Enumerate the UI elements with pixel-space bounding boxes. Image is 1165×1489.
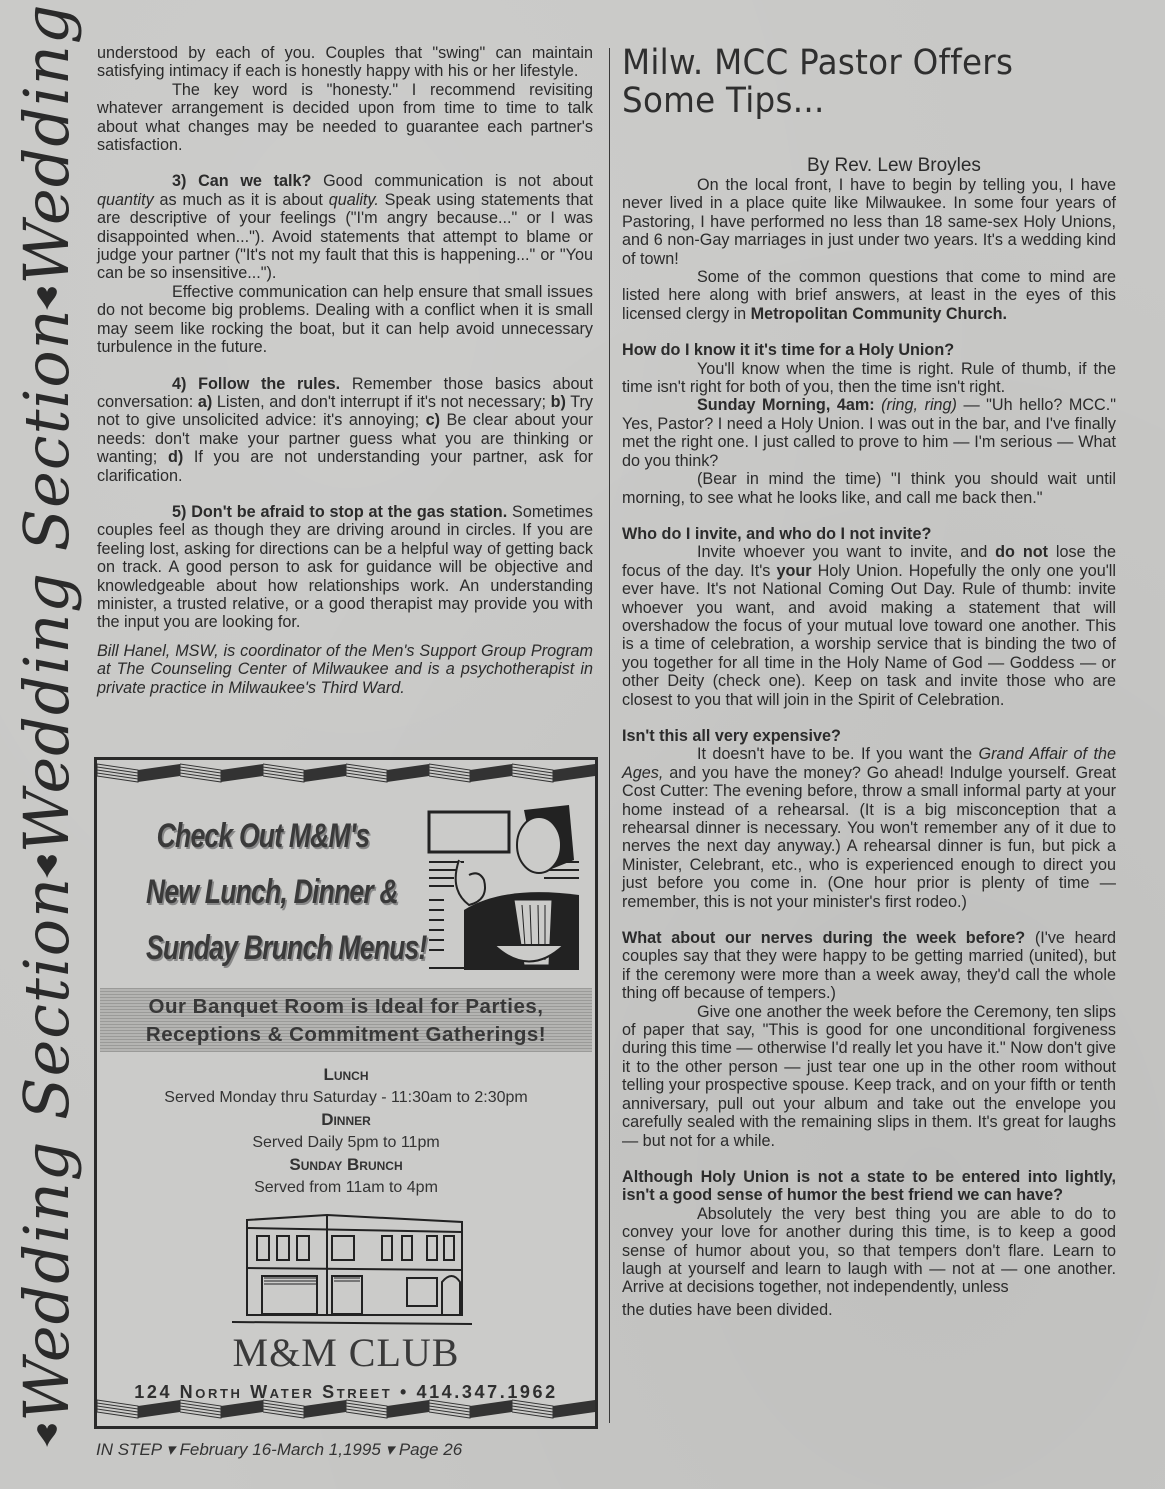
heart-icon: ♥ <box>35 845 59 885</box>
wedding-section-sidebar: ♥ Wedding Section ♥ Wedding Section ♥ We… <box>4 100 90 1445</box>
publication-name: IN STEP <box>96 1440 162 1459</box>
sidebar-label: Wedding Section <box>16 0 78 284</box>
zigzag-border-bottom <box>97 1398 595 1424</box>
sidebar-label: Wedding Section <box>16 308 78 853</box>
section-heading: 3) Can we talk? <box>172 172 311 190</box>
question-heading: What about our nerves during the week be… <box>622 929 1025 947</box>
question-heading: How do I know it it's time for a Holy Un… <box>622 341 1116 359</box>
byline: By Rev. Lew Broyles <box>622 156 1116 176</box>
paragraph: You'll know when the time is right. Rule… <box>622 360 1116 397</box>
paragraph: Invite whoever you want to invite, and d… <box>622 543 1116 709</box>
hours-text: Served from 11am to 4pm <box>97 1177 595 1200</box>
club-name: M&M CLUB <box>97 1333 595 1373</box>
question-heading: Isn't this all very expensive? <box>622 727 1116 745</box>
banquet-room-banner: Our Banquet Room is Ideal for Parties, R… <box>100 988 592 1052</box>
section-3: 3) Can we talk? Good communication is no… <box>97 172 593 282</box>
hours-label: Dinner <box>97 1109 595 1132</box>
paragraph: the duties have been divided. <box>622 1301 1116 1319</box>
triangle-icon: ▾ <box>386 1440 395 1459</box>
newspaper-page: ♥ Wedding Section ♥ Wedding Section ♥ We… <box>0 0 1165 1489</box>
paragraph: (Bear in mind the time) "I think you sho… <box>622 470 1116 507</box>
left-article: understood by each of you. Couples that … <box>97 44 593 697</box>
heart-icon: ♥ <box>35 276 59 316</box>
paragraph: It doesn't have to be. If you want the G… <box>622 745 1116 911</box>
hours-label: Lunch <box>97 1064 595 1087</box>
section-4: 4) Follow the rules. Remember those basi… <box>97 375 593 485</box>
paragraph: What about our nerves during the week be… <box>622 929 1116 1003</box>
article-title: Milw. MCC Pastor Offers Some Tips... <box>622 44 1081 120</box>
hours-text: Served Monday thru Saturday - 11:30am to… <box>97 1087 595 1110</box>
paragraph: The key word is "honesty." I recommend r… <box>97 81 593 155</box>
ad-headline: Check Out M&M's New Lunch, Dinner & Sund… <box>113 808 413 976</box>
paragraph: Some of the common questions that come t… <box>622 268 1116 323</box>
triangle-icon: ▾ <box>166 1440 175 1459</box>
building-illustration-icon <box>232 1210 472 1330</box>
hours-label: Sunday Brunch <box>97 1154 595 1177</box>
menu-hours: Lunch Served Monday thru Saturday - 11:3… <box>97 1064 595 1199</box>
paragraph: Give one another the week before the Cer… <box>622 1003 1116 1150</box>
hours-text: Served Daily 5pm to 11pm <box>97 1132 595 1155</box>
waiter-illustration-icon <box>424 800 584 975</box>
zigzag-border-top <box>97 762 595 788</box>
section-5: 5) Don't be afraid to stop at the gas st… <box>97 503 593 632</box>
paragraph: understood by each of you. Couples that … <box>97 44 593 81</box>
heart-icon: ♥ <box>35 1413 59 1453</box>
paragraph: On the local front, I have to begin by t… <box>622 176 1116 268</box>
page-number: Page 26 <box>399 1440 462 1459</box>
question-heading: Although Holy Union is not a state to be… <box>622 1168 1116 1205</box>
mm-club-advertisement: Check Out M&M's New Lunch, Dinner & Sund… <box>94 757 598 1429</box>
page-footer: IN STEP ▾ February 16-March 1,1995 ▾ Pag… <box>96 1440 462 1460</box>
column-divider <box>609 48 610 1423</box>
issue-dates: February 16-March 1,1995 <box>180 1440 381 1459</box>
question-heading: Who do I invite, and who do I not invite… <box>622 525 1116 543</box>
sidebar-label: Wedding Section <box>16 876 78 1421</box>
section-heading: 4) Follow the rules. <box>172 375 340 393</box>
paragraph: Sunday Morning, 4am: (ring, ring) — "Uh … <box>622 396 1116 470</box>
author-bio: Bill Hanel, MSW, is coordinator of the M… <box>97 642 593 697</box>
section-heading: 5) Don't be afraid to stop at the gas st… <box>172 503 507 521</box>
paragraph: Absolutely the very best thing you are a… <box>622 1205 1116 1297</box>
right-article: Milw. MCC Pastor Offers Some Tips... By … <box>622 44 1116 1319</box>
paragraph: Effective communication can help ensure … <box>97 283 593 357</box>
